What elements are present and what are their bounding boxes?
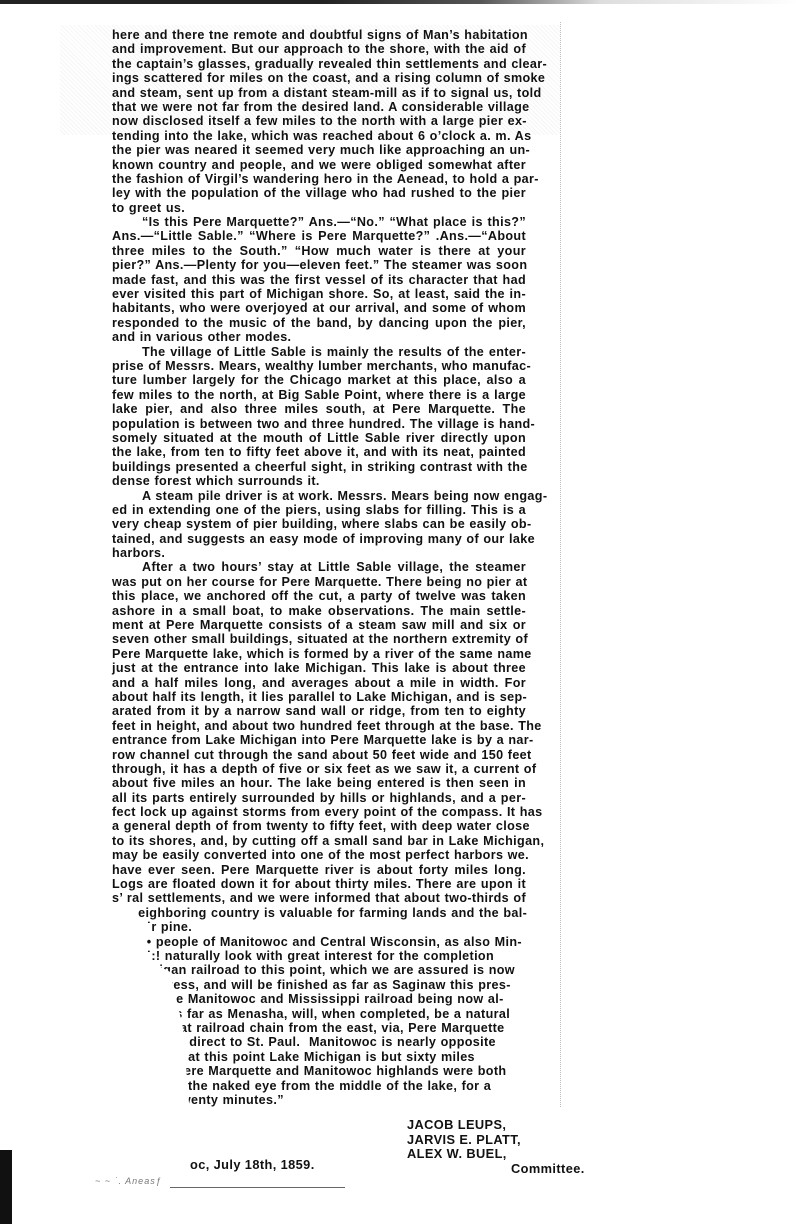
text-line: three miles to the South.” “How much wat… [112,244,526,258]
text-line: to greet us. [112,201,526,215]
text-line: ashore in a small boat, to make observat… [112,604,526,618]
text-line: fect lock up against storms from every p… [112,805,526,819]
text-line: ed in extending one of the piers, using … [112,503,526,517]
text-line: seven other small buildings, situated at… [112,632,526,646]
text-line: arated from it by a narrow sand wall or … [112,704,526,718]
text-line: row channel cut through the sand about 5… [112,748,526,762]
text-line: the captain’s glasses, gradually reveale… [112,57,526,71]
text-line: and improvement. But our approach to the… [112,42,526,56]
text-line: this place, we anchored off the cut, a p… [112,589,526,603]
text-line: about five miles an hour. The lake being… [112,776,526,790]
text-line: “Is this Pere Marquette?” Ans.—“No.” “Wh… [112,215,526,229]
signature-jacob-leups: JACOB LEUPS, [407,1118,585,1133]
text-line: ˙:! naturally look with great interest f… [112,949,526,963]
margin-scribble: ~ ~ ˙. Aneasƒ [95,1176,162,1186]
text-line: was put on her course for Pere Marquette… [112,575,526,589]
text-line: and in various other modes. [112,330,526,344]
signature-alex-buel: ALEX W. BUEL, [407,1147,585,1162]
text-line: known country and people, and we were ob… [112,158,526,172]
text-line: a general depth of from twenty to fifty … [112,819,526,833]
text-line: to its shores, and, by cutting off a sma… [112,834,526,848]
text-line: that we were not far from the desired la… [112,100,526,114]
scan-left-edge [0,1150,12,1224]
text-line: the lake, from ten to fifty feet above i… [112,445,526,459]
text-line: ˙r pine. [112,920,526,934]
text-line: pier?” Ans.—Plenty for you—eleven feet.”… [112,258,526,272]
text-line: tending into the lake, which was reached… [112,129,526,143]
text-line: harbors. [112,546,526,560]
text-line: Ans.—“Little Sable.” “Where is Pere Marq… [112,229,526,243]
text-line: After a two hours’ stay at Little Sable … [112,560,526,574]
text-line: have ever seen. Pere Marquette river is … [112,863,526,877]
document-body: here and there tne remote and doubtful s… [112,28,526,1107]
text-line: Pere Marquette lake, which is formed by … [112,647,526,661]
text-line: lake pier, and also three miles south, a… [112,402,526,416]
text-line: ings scattered for miles on the coast, a… [112,71,526,85]
bottom-rule [170,1187,345,1188]
column-edge-rule [560,22,562,1107]
text-line: ture lumber largely for the Chicago mark… [112,373,526,387]
text-line: and steam, sent up from a distant steam-… [112,86,526,100]
text-line: tained, and suggests an easy mode of imp… [112,532,526,546]
text-line: the pier was neared it seemed very much … [112,143,526,157]
text-line: The village of Little Sable is mainly th… [112,345,526,359]
text-line: population is between two and three hund… [112,417,526,431]
text-line: ley with the population of the village w… [112,186,526,200]
text-line: eighboring country is valuable for farmi… [112,906,526,920]
text-line: feet in height, and about two hundred fe… [112,719,526,733]
signature-block: JACOB LEUPS, JARVIS E. PLATT, ALEX W. BU… [407,1118,585,1176]
text-line: somely situated at the mouth of Little S… [112,431,526,445]
text-line: and a half miles long, and averages abou… [112,676,526,690]
text-line: here and there tne remote and doubtful s… [112,28,526,42]
text-line: prise of Messrs. Mears, wealthy lumber m… [112,359,526,373]
text-line: buildings presented a cheerful sight, in… [112,460,526,474]
text-line: through, it has a depth of five or six f… [112,762,526,776]
text-line: now disclosed itself a few miles to the … [112,114,526,128]
text-line: ment at Pere Marquette consists of a ste… [112,618,526,632]
signature-role: Committee. [407,1162,585,1177]
text-line: ever visited this part of Michigan shore… [112,287,526,301]
text-line: just at the entrance into lake Michigan.… [112,661,526,675]
scan-top-border [0,0,800,4]
text-line: A steam pile driver is at work. Messrs. … [112,489,526,503]
text-line: all its parts entirely surrounded by hil… [112,791,526,805]
text-line: .igan railroad to this point, which we a… [112,963,526,977]
text-line: responded to the music of the band, by d… [112,316,526,330]
text-line: very cheap system of pier building, wher… [112,517,526,531]
text-line: few miles to the north, at Big Sable Poi… [112,388,526,402]
text-line: about half its length, it lies parallel … [112,690,526,704]
text-line: Logs are floated down it for about thirt… [112,877,526,891]
text-line: dense forest which surrounds it. [112,474,526,488]
text-line: the fashion of Virgil’s wandering hero i… [112,172,526,186]
text-line: • people of Manitowoc and Central Wiscon… [112,935,526,949]
signature-jarvis-platt: JARVIS E. PLATT, [407,1133,585,1148]
text-line: made fast, and this was the first vessel… [112,273,526,287]
text-line: entrance from Lake Michigan into Pere Ma… [112,733,526,747]
text-line: may be easily converted into one of the … [112,848,526,862]
dateline: oc, July 18th, 1859. [190,1157,315,1172]
text-line: s’ ral settlements, and we were informed… [112,891,526,905]
text-line: habitants, who were overjoyed at our arr… [112,301,526,315]
